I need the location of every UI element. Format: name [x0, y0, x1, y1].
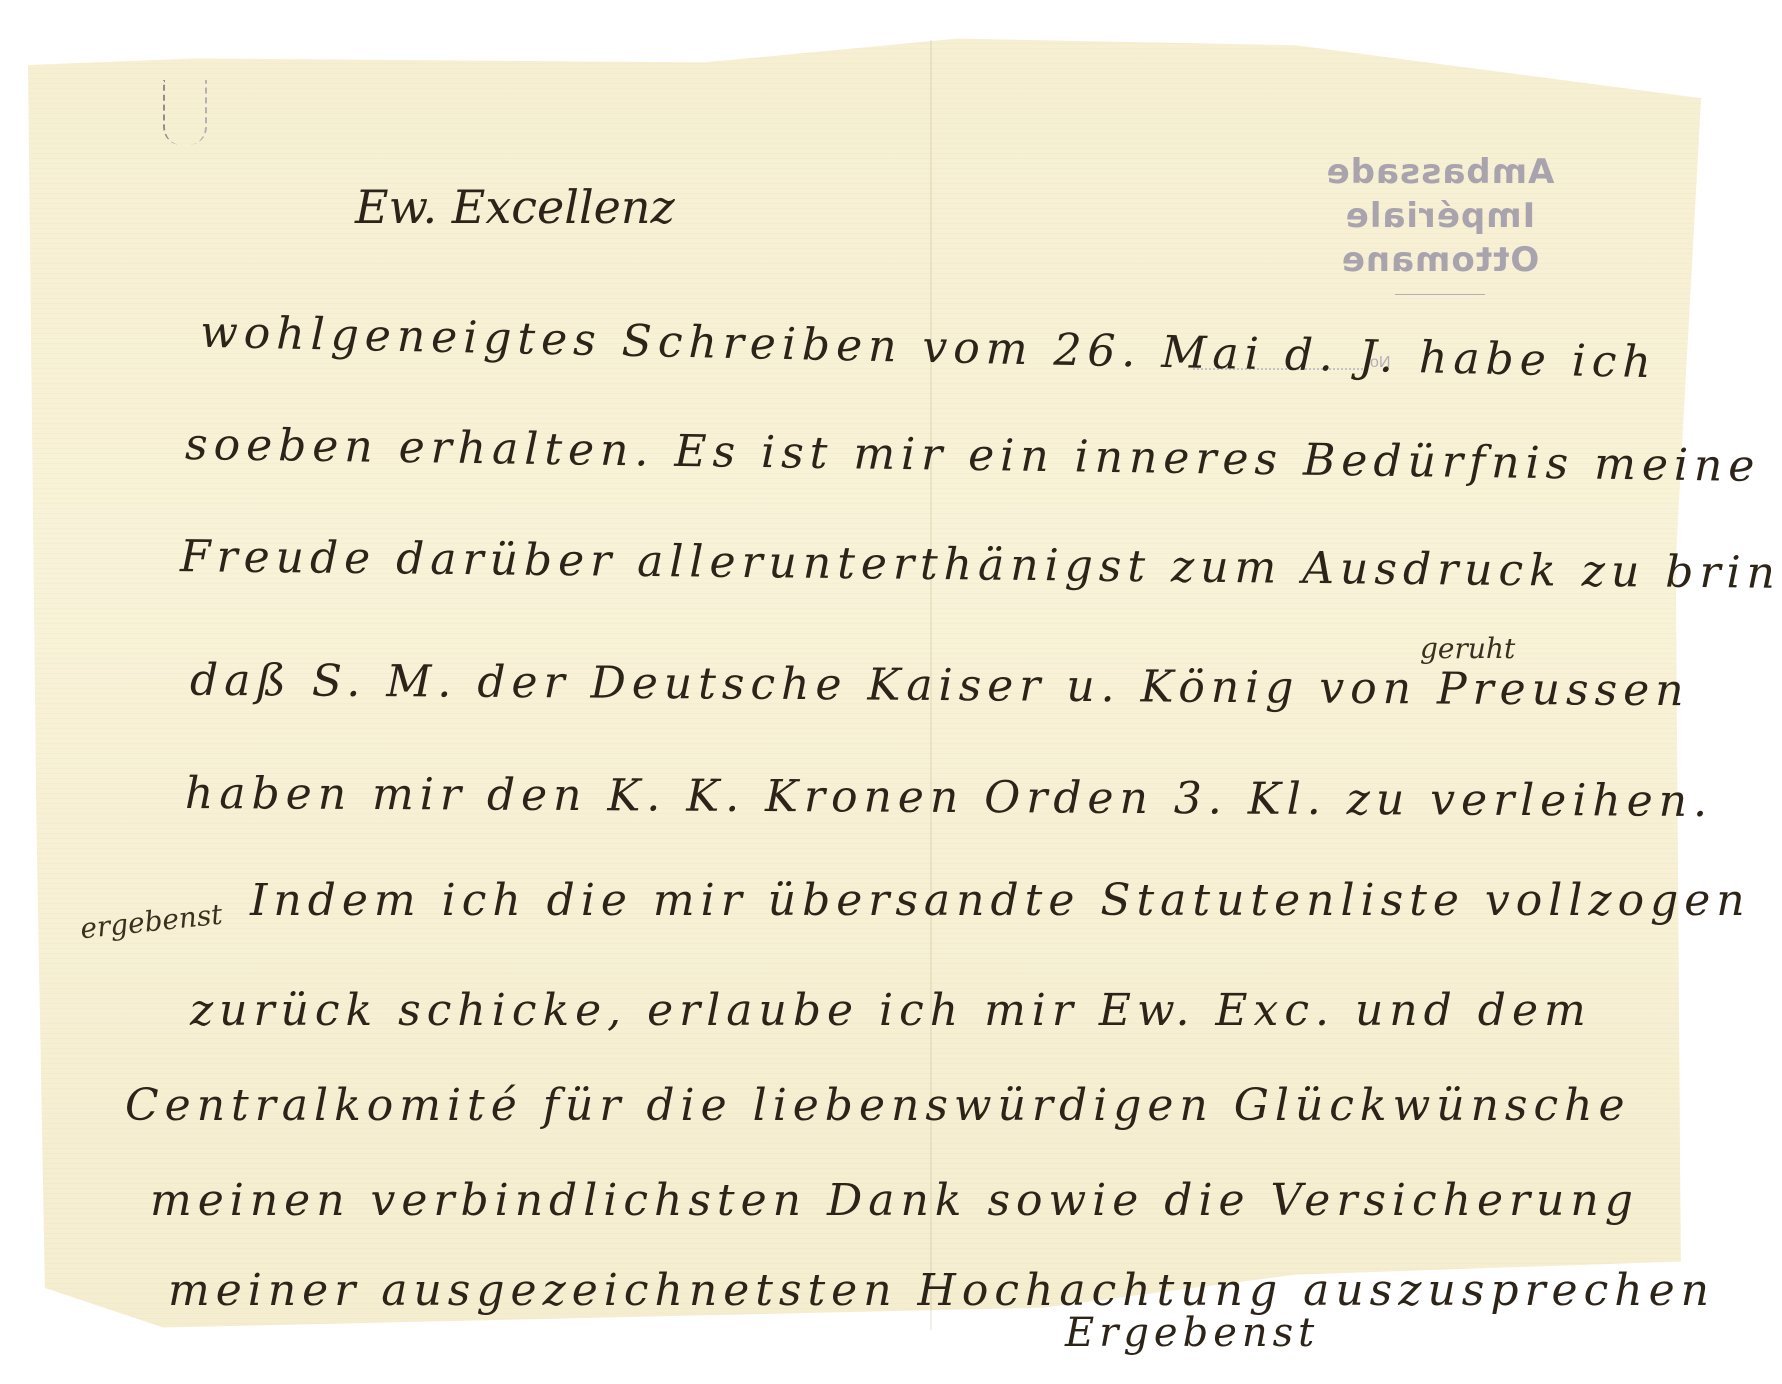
insertion-above-line: geruht [1420, 632, 1515, 665]
salutation: Ew. Excellenz [355, 180, 675, 234]
letterhead-stamp: Ambassade Impériale Ottomane [1230, 150, 1650, 295]
letter-line-7: zurück schicke, erlaube ich mir Ew. Exc.… [190, 985, 1592, 1036]
letter-line-6: Indem ich die mir übersandte Statutenlis… [250, 875, 1751, 926]
stamp-ornament-rule [1395, 294, 1485, 295]
letter-line-5: haben mir den K. K. Kronen Orden 3. Kl. … [185, 768, 1713, 827]
letter-line-9: meinen verbindlichsten Dank sowie die Ve… [150, 1175, 1639, 1226]
letter-line-4: daß S. M. der Deutsche Kaiser u. König v… [190, 655, 1690, 716]
stamp-line-2: Ottomane [1230, 238, 1650, 282]
closing: Ergebenst [1065, 1310, 1319, 1356]
letter-line-10: meiner ausgezeichnetsten Hochachtung aus… [168, 1265, 1715, 1316]
letter-line-8: Centralkomité für die liebenswürdigen Gl… [125, 1080, 1631, 1131]
pencil-bracket-mark [163, 80, 207, 145]
stamp-line-1: Ambassade Impériale [1230, 150, 1650, 238]
